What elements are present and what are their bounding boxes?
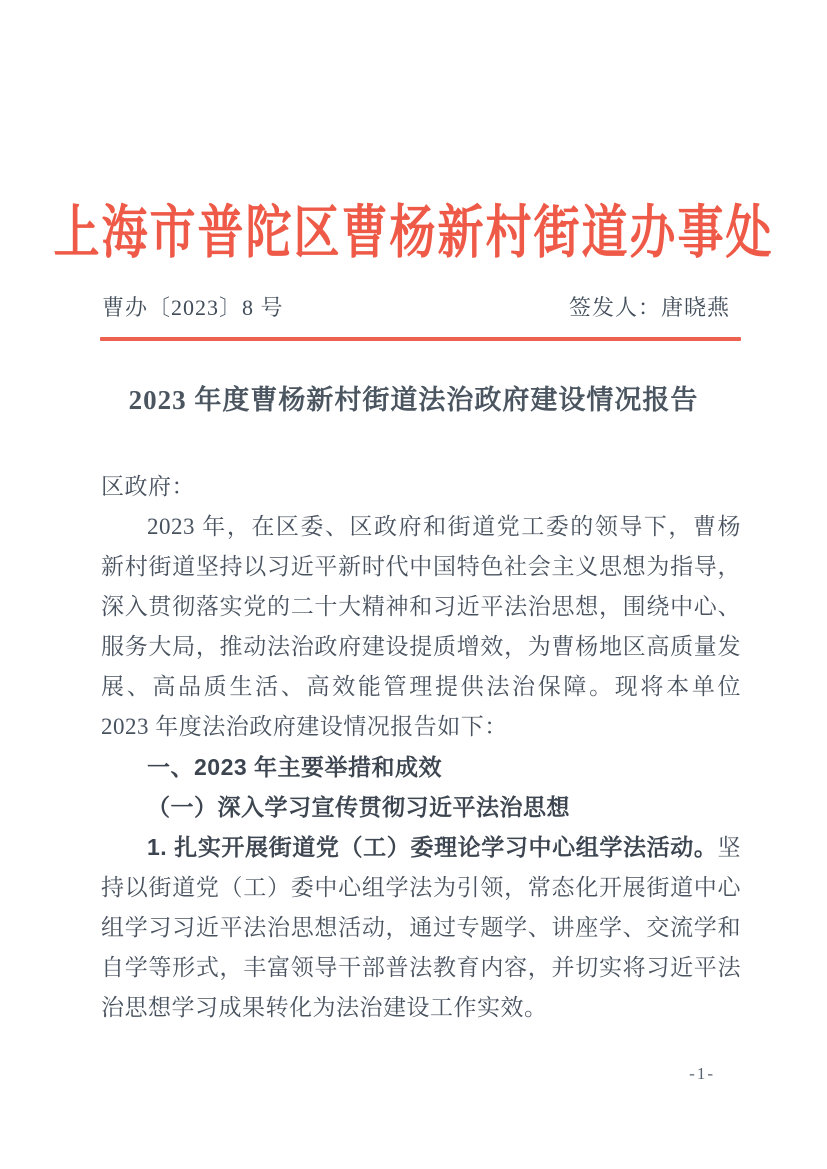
salutation: 区政府：: [101, 467, 741, 507]
page-number: -1-: [689, 1062, 715, 1086]
document-number-row: 曹办〔2023〕8 号 签发人：唐晓燕: [102, 292, 730, 324]
letterhead-divider-rule: [100, 337, 741, 341]
document-body: 区政府： 2023 年，在区委、区政府和街道党工委的领导下，曹杨新村街道坚持以习…: [101, 467, 741, 1028]
item-body-text: 坚持以街道党（工）委中心组学法为引领，常态化开展街道中心组学习习近平法治思想活动…: [101, 835, 741, 1020]
scanned-document-page: 上海市普陀区曹杨新村街道办事处 曹办〔2023〕8 号 签发人：唐晓燕 2023…: [0, 0, 827, 1169]
item-lead-text: 1. 扎实开展街道党（工）委理论学习中心组学法活动。: [147, 834, 718, 860]
document-number: 曹办〔2023〕8 号: [102, 292, 284, 324]
letterhead-org-title: 上海市普陀区曹杨新村街道办事处: [0, 193, 827, 273]
subsection-heading: （一）深入学习宣传贯彻习近平法治思想: [101, 787, 741, 827]
section-heading: 一、2023 年主要举措和成效: [101, 747, 741, 787]
intro-paragraph: 2023 年，在区委、区政府和街道党工委的领导下，曹杨新村街道坚持以习近平新时代…: [101, 507, 741, 747]
issuer-name: 签发人：唐晓燕: [569, 292, 730, 324]
document-title: 2023 年度曹杨新村街道法治政府建设情况报告: [0, 381, 827, 419]
item-paragraph: 1. 扎实开展街道党（工）委理论学习中心组学法活动。坚持以街道党（工）委中心组学…: [101, 827, 741, 1028]
